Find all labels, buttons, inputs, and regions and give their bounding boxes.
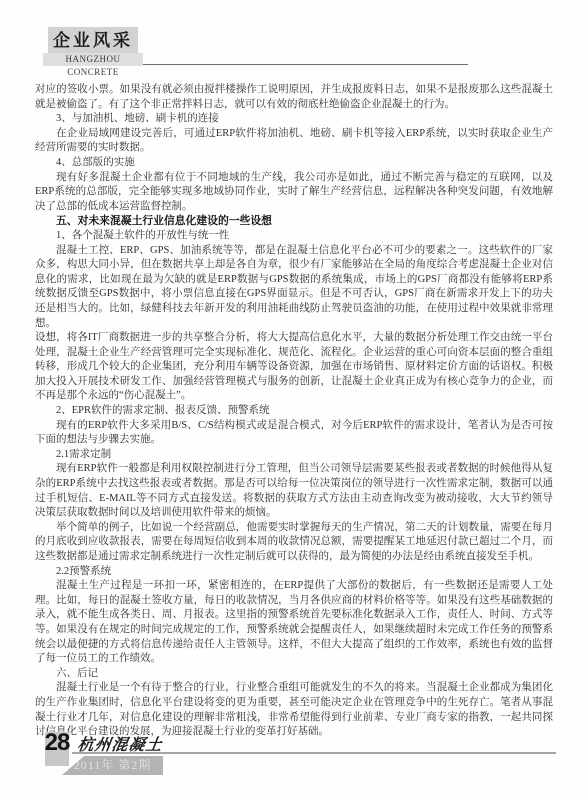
subsection-heading: 1、各个混凝土软件的开放性与统一性 <box>35 229 553 244</box>
paragraph: 现有好多混凝土企业都有位于不同地域的生产线，我公司亦是如此，通过不断完善与稳定的… <box>35 171 553 215</box>
subsection-heading: 4、总部版的实施 <box>35 156 553 171</box>
paragraph: 对应的签收小票。如果没有就必须由搅拌楼操作工说明原因，并生成报废料日志，如果不是… <box>35 83 553 112</box>
section-banner-subtitle: HANGZHOU CONCRETE <box>43 53 143 66</box>
paragraph: 混凝土工控、ERP、GPS、加油系统等等，都是在混凝土信息化平台必不可少的要素之… <box>35 244 553 332</box>
subsection-heading: 3、与加油机、地磅、刷卡机的连接 <box>35 112 553 127</box>
subsection-heading: 2.2预警系统 <box>35 565 553 580</box>
subsection-heading: 六、后记 <box>35 667 553 682</box>
paragraph: 设想，将各IT厂商数据进一步的共享整合分析，将大大提高信息化水平，大量的数据分析… <box>35 331 553 404</box>
paragraph: 混凝土生产过程是一环扣一环，紧密相连的，在ERP提供了大部份的数据后，有一些数据… <box>35 579 553 667</box>
section-banner: 企业风采 <box>48 27 138 53</box>
subsection-heading: 2、EPR软件的需求定制、报表反馈、预警系统 <box>35 404 553 419</box>
paragraph: 举个简单的例子，比如说一个经营副总，他需要实时掌握每天的生产情况，第二天的计划数… <box>35 521 553 565</box>
journal-page: 企业风采 HANGZHOU CONCRETE 对应的签收小票。如果没有就必须由搅… <box>0 0 587 801</box>
paragraph: 混凝土行业是一个有待于整合的行业，行业整合重组可能就发生的不久的将来。当混凝土企… <box>35 681 553 739</box>
header-rule <box>143 64 468 65</box>
section-heading: 五、对未来混凝土行业信息化建设的一些设想 <box>35 214 553 229</box>
section-banner-title: 企业风采 <box>53 31 133 50</box>
journal-logo: 杭州混凝土 <box>77 732 175 752</box>
issue-label: 2011年 第2期 <box>62 756 163 775</box>
page-number: 28 <box>44 729 70 757</box>
paragraph: 现有的ERP软件大多采用B/S、C/S结构模式或是混合模式，对今后ERP软件的需… <box>35 419 553 448</box>
footer-rule <box>72 752 556 754</box>
paragraph: 现有ERP软件一般都是利用权限控制进行分工管理，但当公司领导层需要某些报表或者数… <box>35 462 553 520</box>
paragraph: 在企业局域网建设完善后，可通过ERP软件将加油机、地磅、刷卡机等接入ERP系统，… <box>35 127 553 156</box>
article-body: 对应的签收小票。如果没有就必须由搅拌楼操作工说明原因，并生成报废料日志，如果不是… <box>35 83 553 740</box>
subsection-heading: 2.1需求定制 <box>35 448 553 463</box>
